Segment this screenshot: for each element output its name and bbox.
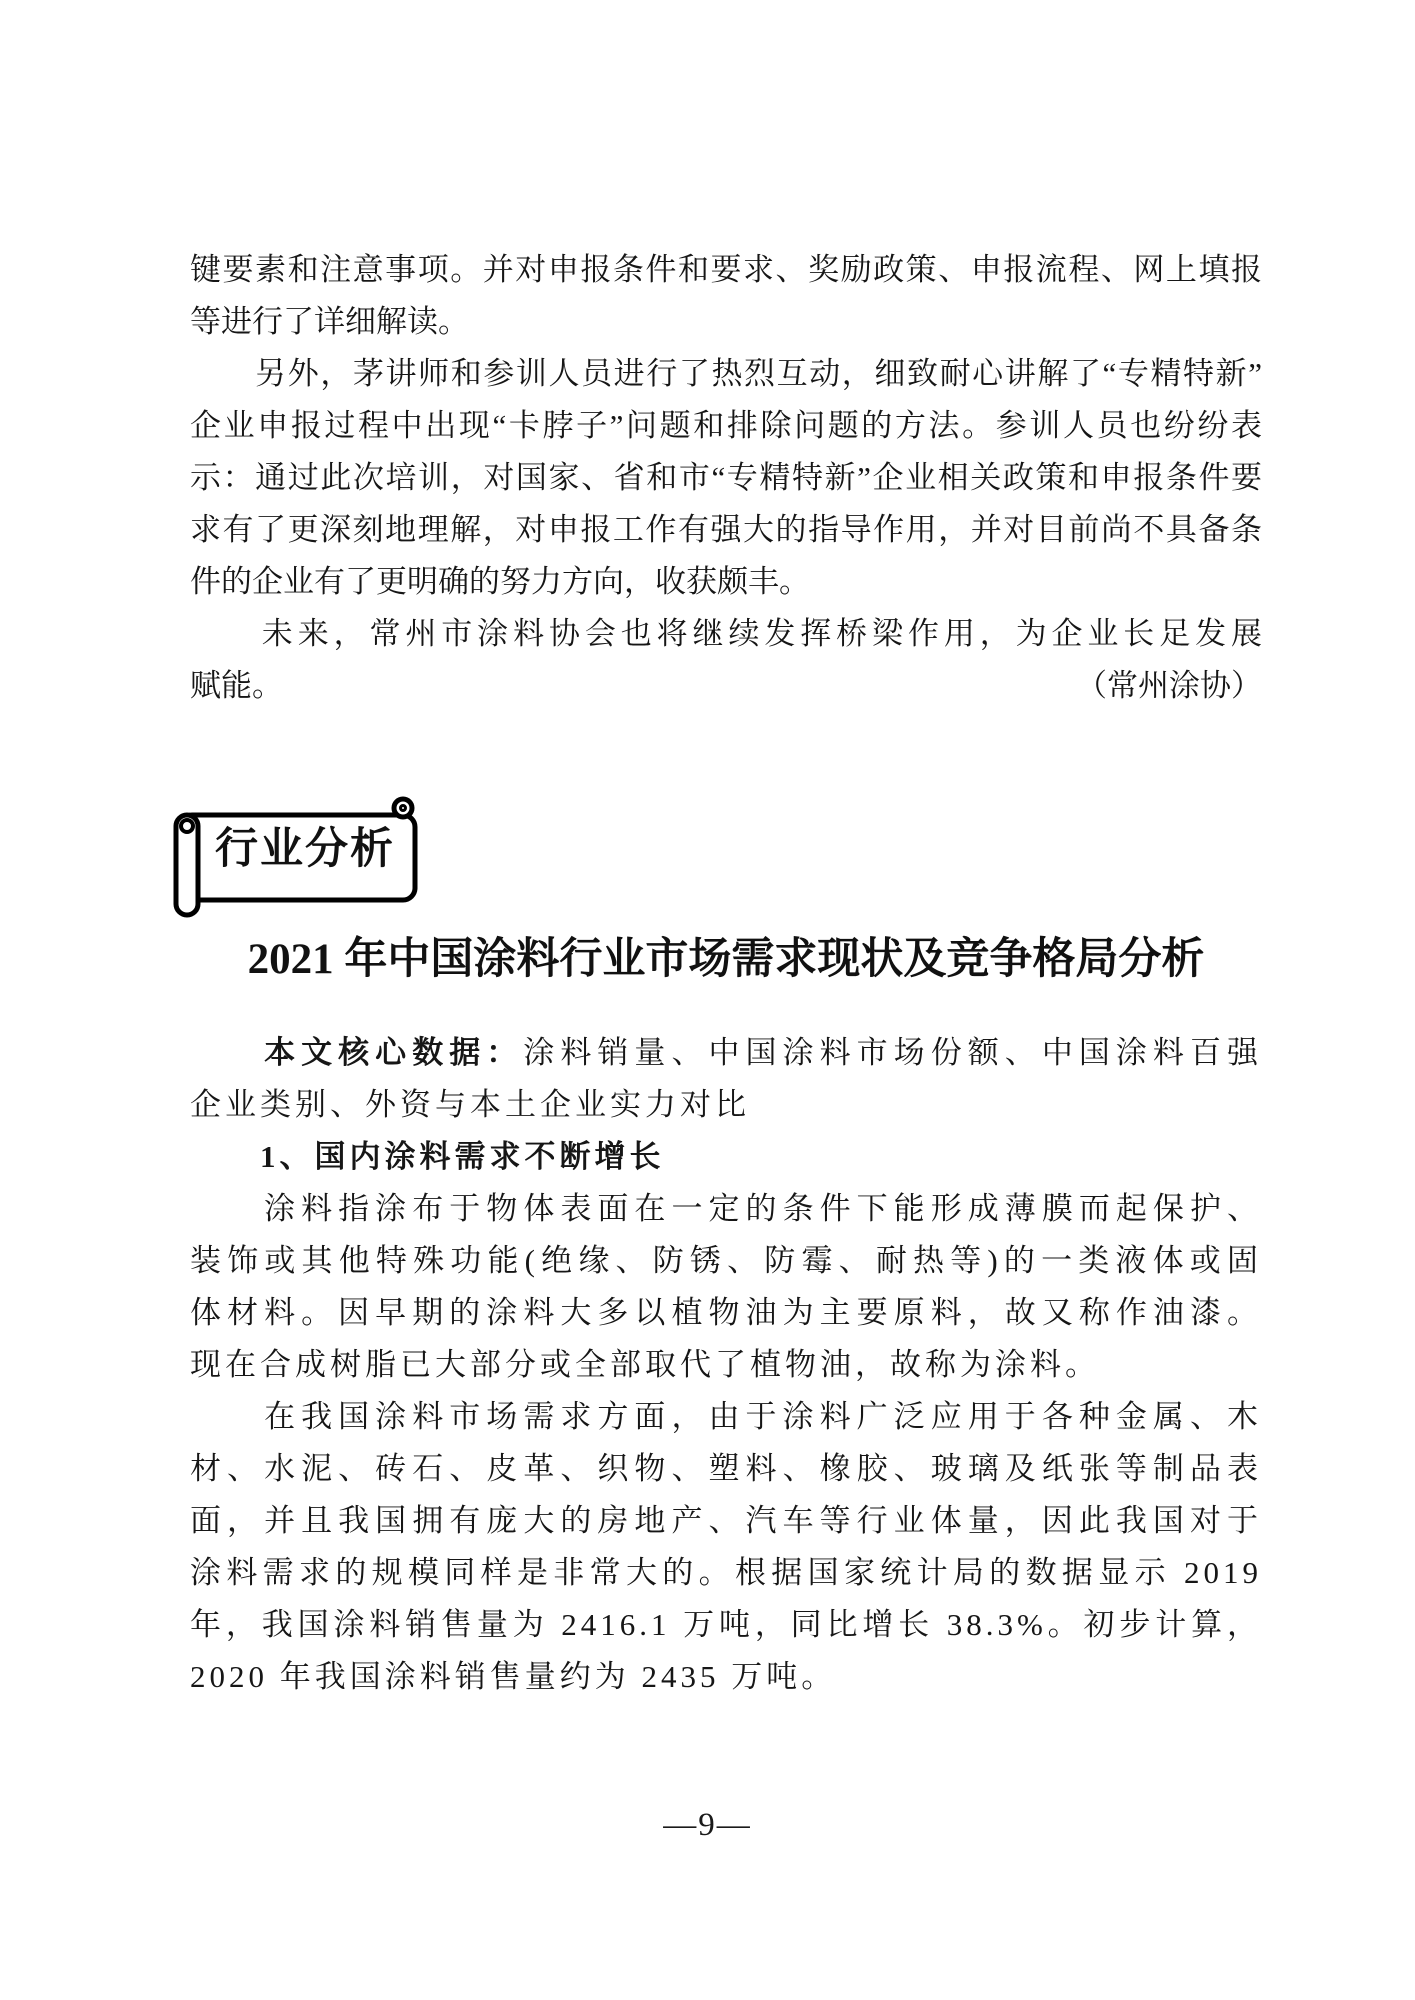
text-line: 件的企业有了更明确的努力方向，收获颇丰。 [190, 556, 1262, 608]
banner-label: 行业分析 [215, 825, 395, 875]
text-run: （常州涂协） [1076, 660, 1262, 712]
text-line: 赋能。（常州涂协） [190, 660, 1262, 712]
text-line: 装饰或其他特殊功能(绝缘、防锈、防霉、耐热等)的一类液体或固 [190, 1235, 1262, 1287]
text-line: 示：通过此次培训，对国家、省和市“专精特新”企业相关政策和申报条件要 [190, 452, 1262, 504]
text-line: 求有了更深刻地理解，对申报工作有强大的指导作用，并对目前尚不具备条 [190, 504, 1262, 556]
bold-text-run: 1、国内涂料需求不断增长 [190, 1139, 665, 1174]
bold-text-run: 本文核心数据： [264, 1035, 523, 1070]
text-line: 键要素和注意事项。并对申报条件和要求、奖励政策、申报流程、网上填报 [190, 244, 1262, 296]
text-line: 面，并且我国拥有庞大的房地产、汽车等行业体量，因此我国对于 [190, 1495, 1262, 1547]
article-title: 2021 年中国涂料行业市场需求现状及竞争格局分析 [190, 930, 1262, 990]
text-line: 涂料指涂布于物体表面在一定的条件下能形成薄膜而起保护、 [190, 1183, 1262, 1235]
text-line: 企业申报过程中出现“卡脖子”问题和排除问题的方法。参训人员也纷纷表 [190, 400, 1262, 452]
text-run: 件的企业有了更明确的努力方向，收获颇丰。 [190, 564, 810, 599]
text-run: 年，我国涂料销售量为 2416.1 万吨，同比增长 38.3%。初步计算， [190, 1607, 1262, 1642]
article-paragraphs: 本文核心数据：涂料销量、中国涂料市场份额、中国涂料百强企业类别、外资与本土企业实… [190, 1027, 1262, 1703]
text-run: 企业类别、外资与本土企业实力对比 [190, 1087, 750, 1122]
text-run: 示：通过此次培训，对国家、省和市“专精特新”企业相关政策和申报条件要 [190, 460, 1262, 495]
text-run: 涂料需求的规模同样是非常大的。根据国家统计局的数据显示 2019 [190, 1555, 1262, 1590]
text-line: 现在合成树脂已大部分或全部取代了植物油，故称为涂料。 [190, 1339, 1262, 1391]
text-run: 键要素和注意事项。并对申报条件和要求、奖励政策、申报流程、网上填报 [190, 252, 1262, 287]
text-line: 2020 年我国涂料销售量约为 2435 万吨。 [190, 1651, 1262, 1703]
text-run: 装饰或其他特殊功能(绝缘、防锈、防霉、耐热等)的一类液体或固 [190, 1243, 1262, 1278]
text-run: 赋能。 [190, 660, 283, 712]
text-line: 体材料。因早期的涂料大多以植物油为主要原料，故又称作油漆。 [190, 1287, 1262, 1339]
text-line: 在我国涂料市场需求方面，由于涂料广泛应用于各种金属、木 [190, 1391, 1262, 1443]
text-run: 求有了更深刻地理解，对申报工作有强大的指导作用，并对目前尚不具备条 [190, 512, 1262, 547]
text-run: 在我国涂料市场需求方面，由于涂料广泛应用于各种金属、木 [190, 1399, 1262, 1434]
text-run: 现在合成树脂已大部分或全部取代了植物油，故称为涂料。 [190, 1347, 1100, 1382]
text-run [190, 1035, 264, 1070]
text-line: 材、水泥、砖石、皮革、织物、塑料、橡胶、玻璃及纸张等制品表 [190, 1443, 1262, 1495]
text-line: 等进行了详细解读。 [190, 296, 1262, 348]
text-line: 另外，茅讲师和参训人员进行了热烈互动，细致耐心讲解了“专精特新” [190, 348, 1262, 400]
text-run: 涂料销量、中国涂料市场份额、中国涂料百强 [523, 1035, 1262, 1070]
text-line: 涂料需求的规模同样是非常大的。根据国家统计局的数据显示 2019 [190, 1547, 1262, 1599]
text-run: 另外，茅讲师和参训人员进行了热烈互动，细致耐心讲解了“专精特新” [190, 356, 1262, 391]
document-page: 键要素和注意事项。并对申报条件和要求、奖励政策、申报流程、网上填报等进行了详细解… [0, 0, 1415, 2000]
text-run: 企业申报过程中出现“卡脖子”问题和排除问题的方法。参训人员也纷纷表 [190, 408, 1262, 443]
section-banner: 行业分析 [172, 794, 422, 922]
text-run: 等进行了详细解读。 [190, 304, 469, 339]
text-line: 年，我国涂料销售量为 2416.1 万吨，同比增长 38.3%。初步计算， [190, 1599, 1262, 1651]
intro-paragraphs: 键要素和注意事项。并对申报条件和要求、奖励政策、申报流程、网上填报等进行了详细解… [190, 244, 1262, 712]
text-run: 材、水泥、砖石、皮革、织物、塑料、橡胶、玻璃及纸张等制品表 [190, 1451, 1262, 1486]
text-run: 2020 年我国涂料销售量约为 2435 万吨。 [190, 1659, 836, 1694]
text-line: 未来，常州市涂料协会也将继续发挥桥梁作用，为企业长足发展 [190, 608, 1262, 660]
text-line: 1、国内涂料需求不断增长 [190, 1131, 1262, 1183]
text-line: 本文核心数据：涂料销量、中国涂料市场份额、中国涂料百强 [190, 1027, 1262, 1079]
text-line: 企业类别、外资与本土企业实力对比 [190, 1079, 1262, 1131]
text-run: 面，并且我国拥有庞大的房地产、汽车等行业体量，因此我国对于 [190, 1503, 1262, 1538]
text-run: 涂料指涂布于物体表面在一定的条件下能形成薄膜而起保护、 [190, 1191, 1262, 1226]
page-number: —9— [0, 1803, 1415, 1847]
text-run: 体材料。因早期的涂料大多以植物油为主要原料，故又称作油漆。 [190, 1295, 1262, 1330]
text-run: 未来，常州市涂料协会也将继续发挥桥梁作用，为企业长足发展 [190, 616, 1262, 651]
